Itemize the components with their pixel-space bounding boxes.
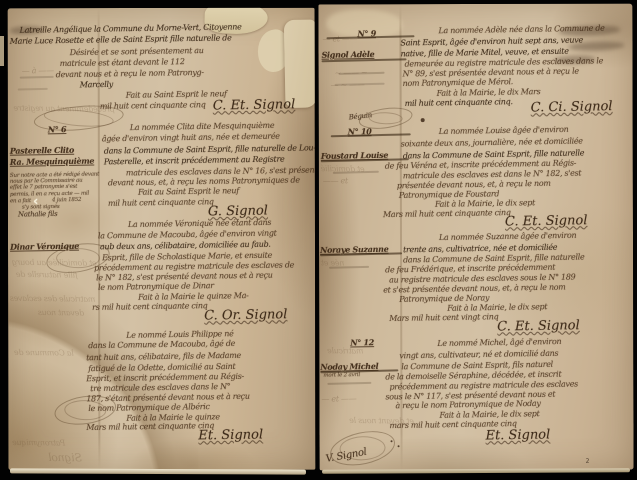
- handwritten-line: la Commune de Macouba, âgée d'environ vi…: [98, 229, 277, 241]
- bleed-through-text: — et ——: [321, 394, 356, 404]
- handwritten-line: soixante deux ans, journalière, née et d…: [401, 136, 583, 148]
- margin-note-line: 4 juin 1852: [52, 197, 81, 203]
- handwritten-line: Le nommé Michel, âgé d'environ: [437, 337, 561, 348]
- handwritten-line: Désirée et se sont présentement au: [70, 46, 204, 57]
- handwritten-line: Mars mil huit cent cinquante cinq: [86, 421, 214, 432]
- handwritten-line: Fait à la Mairie, le dix sept: [435, 198, 535, 209]
- margin-label: Pasterelle Clito: [10, 145, 74, 156]
- ink-flourish: [358, 105, 414, 132]
- margin-note-line: effet le 7 patronymie s'est: [10, 184, 77, 191]
- bleed-through-text: matricule: [327, 346, 363, 355]
- page-bottom-edge-right: [322, 468, 630, 474]
- handwritten-line: tant huit ans, célibataire, fils de Mada…: [86, 351, 241, 362]
- handwritten-line: Saint Esprit, âgée d'environ huit sept a…: [400, 35, 583, 47]
- handwritten-line: La nommée Clita dite Mesquinquième: [130, 121, 275, 132]
- ink-underline: [20, 76, 54, 78]
- handwritten-line: Pasterelle, et inscrit précédemment au R…: [104, 155, 285, 167]
- ink-underline: [327, 382, 371, 385]
- handwritten-line: devant nous, et, à reçu les noms Patrony…: [108, 175, 300, 187]
- handwritten-line: Mars mil huit cent cinquante cinq: [383, 208, 511, 219]
- handwritten-line: le nom Patronymique de Dinar: [98, 281, 214, 292]
- page-left: ‹ Latreille Angélique la Commune du Morn…: [8, 8, 316, 471]
- handwritten-line: Patronymique de Noray: [399, 293, 489, 303]
- handwritten-line: Marcelly: [80, 80, 113, 90]
- handwritten-line: Marie Luce Rosette et elle de Saint Espr…: [10, 33, 232, 45]
- margin-signature: Nathalie fils: [18, 210, 58, 219]
- handwritten-line: devant nous et à reçu le nom Patronyg-: [56, 68, 204, 79]
- ink-dot: [398, 445, 400, 447]
- handwritten-line: Fait à la Mairie, le dix sept: [439, 409, 539, 420]
- ink-flourish: [327, 426, 398, 471]
- bleed-through-text: la Commune de: [14, 348, 74, 358]
- bleed-through-text: et devant nous le: [349, 416, 414, 426]
- bleed-through-text: — à ——: [22, 66, 54, 76]
- tape-patch-side: [284, 19, 316, 108]
- ink-underline: [331, 133, 411, 136]
- bleed-through-text: matricule des esclaves: [10, 294, 95, 304]
- page-right: 2 N° 9Signol AdèleLa nommée Adèle née da…: [318, 4, 633, 471]
- bleed-through-text: —— et: [323, 176, 348, 185]
- paper-sliver: [0, 36, 4, 66]
- handwritten-line: Fait à la Mairie, le dix sept: [447, 302, 547, 313]
- document-scan: ‹ Latreille Angélique la Commune du Morn…: [0, 0, 637, 480]
- handwritten-line: mil huit cent cinquante cinq.: [405, 97, 513, 108]
- handwritten-line: dans la Commune de Macouba, âgé de: [88, 339, 235, 350]
- signature: C. Et. Signol: [213, 97, 301, 113]
- handwritten-line: La nommée Véronique née étant dans: [128, 218, 271, 229]
- bleed-through-text: devant nous: [38, 308, 84, 318]
- handwritten-line: Fait à la Mairie le quinze Ma-: [138, 291, 249, 302]
- ink-underline: [329, 266, 369, 269]
- handwritten-line: mil huit cent cinquante cinq: [108, 197, 214, 208]
- handwritten-line: La nommée Suzanne âgée d'environ: [439, 231, 576, 242]
- signature: C. Ci. Signol: [531, 99, 618, 115]
- handwritten-line: La nommée Louise âgée d'environ: [439, 125, 569, 136]
- ink-dot: [421, 118, 425, 122]
- signature: Et. Signol: [198, 427, 268, 443]
- signature: C. Et. Signol: [497, 318, 585, 334]
- handwritten-line: vingt ans, cultivateur, né et domicilié …: [399, 349, 558, 361]
- handwritten-line: aub deux ans, célibataire, domiciliée au…: [100, 240, 271, 252]
- ink-underline: [18, 88, 48, 90]
- handwritten-line: Fait au Saint Esprit le neuf: [126, 89, 227, 100]
- handwritten-line: Mars mil huit cent vingt cinq: [389, 312, 498, 323]
- bleed-through-text: Patronymique: [12, 438, 65, 448]
- handwritten-line: matricule des esclaves est dans le N° 18…: [403, 168, 582, 180]
- signature: C. Or. Signol: [204, 307, 292, 323]
- page-number: 2: [586, 458, 590, 465]
- page-bottom-edge-left: [10, 468, 306, 474]
- signature: C. Et. Signol: [505, 213, 593, 229]
- ink-dot: [391, 440, 393, 442]
- margin-label: Signol Adèle: [321, 49, 374, 60]
- signature: Et. Signol: [485, 427, 555, 443]
- handwritten-line: Fait au Saint Esprit le neuf: [138, 186, 239, 197]
- handwritten-line: matricule est étant devant le 112: [60, 57, 185, 68]
- handwritten-line: rs mil huit cent cinquante cinq: [92, 301, 207, 312]
- handwritten-line: âgée d'environ vingt huit ans, née et de…: [102, 132, 280, 144]
- bleed-through-text: Signol: [48, 451, 82, 464]
- margin-note-line: mort le 2 avril: [323, 372, 360, 379]
- handwritten-line: Fait à la Mairie, le dix Mars: [437, 87, 541, 98]
- handwritten-line: présentée devant nous, et, à reçu le nom: [397, 179, 551, 191]
- margin-label: Ra. Mesquinquième: [10, 156, 94, 167]
- handwritten-line: nom Patronymique de Mérol.: [403, 77, 514, 88]
